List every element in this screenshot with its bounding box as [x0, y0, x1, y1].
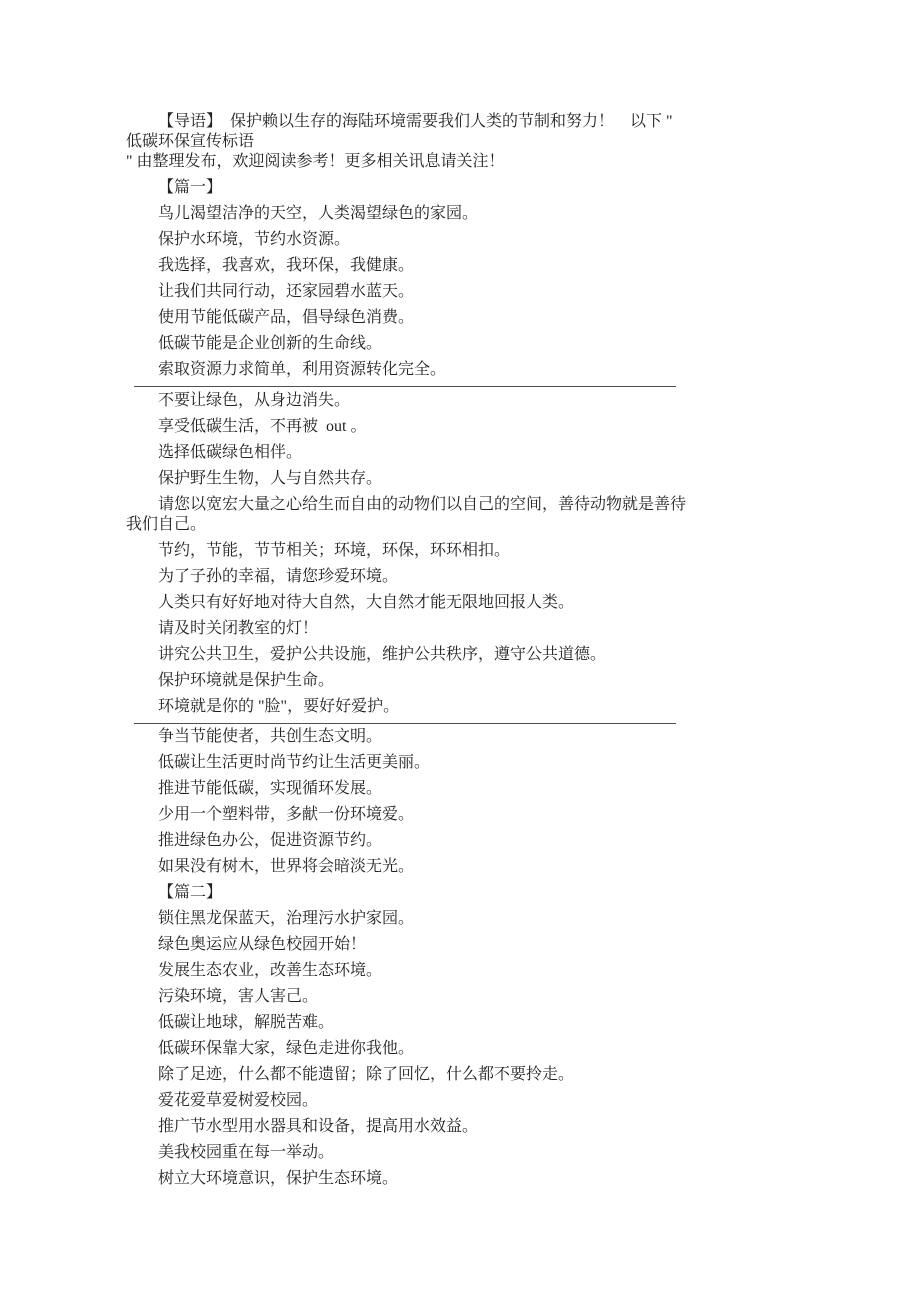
- text-line: 人类只有好好地对待大自然，大自然才能无限地回报人类。: [126, 593, 802, 613]
- page-break-line: [134, 386, 676, 387]
- document-page: 【导语】 保护赖以生存的海陆环境需要我们人类的节制和努力！ 以下 "低碳环保宣传…: [0, 0, 920, 1303]
- slogan-paragraph: 低碳让生活更时尚节约让生活更美丽。: [126, 753, 802, 773]
- text-line: 享受低碳生活，不再被 out 。: [126, 417, 802, 437]
- text-line: 污染环境，害人害己。: [126, 987, 802, 1007]
- text-line: 绿色奥运应从绿色校园开始！: [126, 935, 802, 955]
- slogan-paragraph: 推进节能低碳，实现循环发展。: [126, 779, 802, 799]
- page-break-line: [134, 723, 676, 724]
- slogan-paragraph: 我选择，我喜欢，我环保，我健康。: [126, 256, 802, 276]
- slogan-paragraph: 请您以宽宏大量之心给生而自由的动物们以自己的空间，善待动物就是善待我们自己。: [126, 495, 802, 535]
- text-line: 推进绿色办公，促进资源节约。: [126, 831, 802, 851]
- section-heading: 【篇二】: [126, 883, 802, 903]
- slogan-paragraph: 少用一个塑料带，多献一份环境爱。: [126, 805, 802, 825]
- text-line: 低碳环保宣传标语: [126, 132, 802, 152]
- slogan-paragraph: 不要让绿色，从身边消失。: [126, 391, 802, 411]
- text-line: 【篇二】: [126, 883, 802, 903]
- slogan-paragraph: 锁住黑龙保蓝天，治理污水护家园。: [126, 909, 802, 929]
- slogan-paragraph: 享受低碳生活，不再被 out 。: [126, 417, 802, 437]
- text-line: 推进节能低碳，实现循环发展。: [126, 779, 802, 799]
- slogan-paragraph: 人类只有好好地对待大自然，大自然才能无限地回报人类。: [126, 593, 802, 613]
- text-line: 低碳环保靠大家，绿色走进你我他。: [126, 1039, 802, 1059]
- text-line: 【篇一】: [126, 178, 802, 198]
- slogan-paragraph: 污染环境，害人害己。: [126, 987, 802, 1007]
- slogan-paragraph: 让我们共同行动，还家园碧水蓝天。: [126, 282, 802, 302]
- section-heading: 【篇一】: [126, 178, 802, 198]
- slogan-paragraph: 发展生态农业，改善生态环境。: [126, 961, 802, 981]
- text-line: 保护水环境，节约水资源。: [126, 230, 802, 250]
- slogan-paragraph: 为了子孙的幸福，请您珍爱环境。: [126, 567, 802, 587]
- intro-paragraph: 【导语】 保护赖以生存的海陆环境需要我们人类的节制和努力！ 以下 "低碳环保宣传…: [126, 112, 802, 172]
- text-line: 不要让绿色，从身边消失。: [126, 391, 802, 411]
- text-line: 讲究公共卫生，爱护公共设施，维护公共秩序，遵守公共道德。: [126, 645, 802, 665]
- text-line: 保护野生生物，人与自然共存。: [126, 469, 802, 489]
- text-line: 我们自己。: [126, 515, 802, 535]
- slogan-paragraph: 请及时关闭教室的灯！: [126, 619, 802, 639]
- slogan-paragraph: 节约，节能，节节相关；环境，环保，环环相扣。: [126, 541, 802, 561]
- slogan-paragraph: 树立大环境意识，保护生态环境。: [126, 1169, 802, 1189]
- text-line: 锁住黑龙保蓝天，治理污水护家园。: [126, 909, 802, 929]
- slogan-paragraph: 爱花爱草爱树爱校园。: [126, 1091, 802, 1111]
- slogan-paragraph: 索取资源力求简单，利用资源转化完全。: [126, 360, 802, 380]
- slogan-paragraph: 保护野生生物，人与自然共存。: [126, 469, 802, 489]
- text-line: 我选择，我喜欢，我环保，我健康。: [126, 256, 802, 276]
- text-line: 低碳让生活更时尚节约让生活更美丽。: [126, 753, 802, 773]
- text-line: 选择低碳绿色相伴。: [126, 443, 802, 463]
- text-line: 请您以宽宏大量之心给生而自由的动物们以自己的空间，善待动物就是善待: [126, 495, 802, 515]
- text-line: 节约，节能，节节相关；环境，环保，环环相扣。: [126, 541, 802, 561]
- slogan-paragraph: 选择低碳绿色相伴。: [126, 443, 802, 463]
- text-line: 低碳让地球，解脱苦难。: [126, 1013, 802, 1033]
- slogan-paragraph: 绿色奥运应从绿色校园开始！: [126, 935, 802, 955]
- slogan-paragraph: 保护环境就是保护生命。: [126, 671, 802, 691]
- text-line: 为了子孙的幸福，请您珍爱环境。: [126, 567, 802, 587]
- text-line: 美我校园重在每一举动。: [126, 1143, 802, 1163]
- slogan-paragraph: 低碳节能是企业创新的生命线。: [126, 334, 802, 354]
- slogan-paragraph: 鸟儿渴望洁净的天空，人类渴望绿色的家园。: [126, 204, 802, 224]
- slogan-paragraph: 美我校园重在每一举动。: [126, 1143, 802, 1163]
- text-line: 索取资源力求简单，利用资源转化完全。: [126, 360, 802, 380]
- slogan-paragraph: 环境就是你的 "脸"，要好好爱护。: [126, 697, 802, 717]
- text-line: 发展生态农业，改善生态环境。: [126, 961, 802, 981]
- text-line: 使用节能低碳产品，倡导绿色消费。: [126, 308, 802, 328]
- slogan-paragraph: 争当节能使者，共创生态文明。: [126, 727, 802, 747]
- slogan-paragraph: 讲究公共卫生，爱护公共设施，维护公共秩序，遵守公共道德。: [126, 645, 802, 665]
- text-line: 爱花爱草爱树爱校园。: [126, 1091, 802, 1111]
- document-body: 【导语】 保护赖以生存的海陆环境需要我们人类的节制和努力！ 以下 "低碳环保宣传…: [0, 0, 920, 1189]
- text-line: 推广节水型用水器具和设备，提高用水效益。: [126, 1117, 802, 1137]
- text-line: 环境就是你的 "脸"，要好好爱护。: [126, 697, 802, 717]
- slogan-paragraph: 低碳让地球，解脱苦难。: [126, 1013, 802, 1033]
- text-line: 请及时关闭教室的灯！: [126, 619, 802, 639]
- text-line: 鸟儿渴望洁净的天空，人类渴望绿色的家园。: [126, 204, 802, 224]
- text-line: 如果没有树木，世界将会暗淡无光。: [126, 857, 802, 877]
- text-line: " 由整理发布，欢迎阅读参考！更多相关讯息请关注！: [126, 152, 802, 172]
- slogan-paragraph: 低碳环保靠大家，绿色走进你我他。: [126, 1039, 802, 1059]
- slogan-paragraph: 推进绿色办公，促进资源节约。: [126, 831, 802, 851]
- text-line: 让我们共同行动，还家园碧水蓝天。: [126, 282, 802, 302]
- slogan-paragraph: 如果没有树木，世界将会暗淡无光。: [126, 857, 802, 877]
- text-line: 保护环境就是保护生命。: [126, 671, 802, 691]
- text-line: 少用一个塑料带，多献一份环境爱。: [126, 805, 802, 825]
- text-line: 【导语】 保护赖以生存的海陆环境需要我们人类的节制和努力！ 以下 ": [126, 112, 802, 132]
- text-line: 树立大环境意识，保护生态环境。: [126, 1169, 802, 1189]
- text-line: 低碳节能是企业创新的生命线。: [126, 334, 802, 354]
- text-line: 除了足迹，什么都不能遗留；除了回忆，什么都不要拎走。: [126, 1065, 802, 1085]
- slogan-paragraph: 推广节水型用水器具和设备，提高用水效益。: [126, 1117, 802, 1137]
- slogan-paragraph: 保护水环境，节约水资源。: [126, 230, 802, 250]
- text-line: 争当节能使者，共创生态文明。: [126, 727, 802, 747]
- slogan-paragraph: 使用节能低碳产品，倡导绿色消费。: [126, 308, 802, 328]
- slogan-paragraph: 除了足迹，什么都不能遗留；除了回忆，什么都不要拎走。: [126, 1065, 802, 1085]
